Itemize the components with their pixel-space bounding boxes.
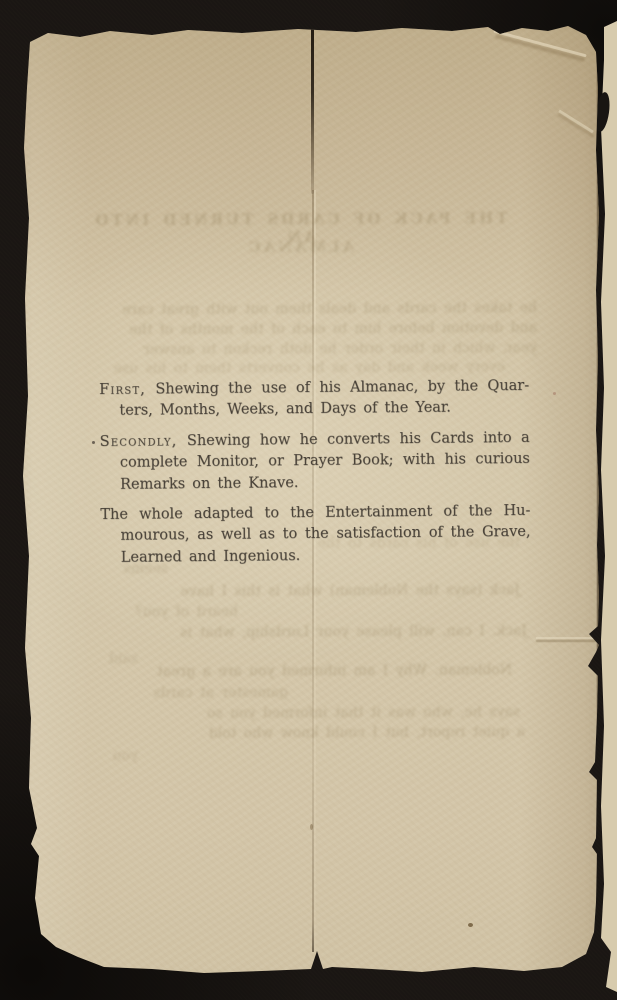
body-text-line: Remarks on the Knave. (120, 470, 530, 495)
showthrough-line: Jack (says the Nobleman) what is this I … (100, 581, 520, 601)
scan-backdrop: { "doc": { "kind": "scanned chapbook pag… (0, 0, 617, 1000)
showthrough-line: gamester at cards (78, 683, 288, 702)
showthrough-line: Nobleman. Why I am informed you are a gr… (110, 661, 512, 681)
paragraph-whole: The whole adapted to the Entertainment o… (100, 501, 531, 569)
line-text: Learned and Ingenious. (121, 548, 301, 566)
body-text: First, Shewing the use of his Almanac, b… (99, 376, 531, 569)
showthrough-line: a quiet report, but I could know who tol… (85, 723, 525, 743)
line-text: Shewing how he converts his Cards into a (187, 430, 530, 449)
body-text-line: Learned and Ingenious. (121, 544, 531, 569)
right-crease-highlight (536, 637, 598, 639)
line-text: The whole adapted to the Entertainment o… (100, 503, 530, 523)
vertical-crease-highlight (314, 190, 316, 950)
lead-word-first: First, (99, 382, 146, 398)
paper-top-shading (20, 24, 600, 294)
showthrough-line: said (78, 650, 138, 668)
body-text-line: complete Monitor, or Prayer Book; with h… (120, 449, 530, 474)
line-text: Shewing the use of his Almanac, by the Q… (155, 378, 529, 398)
showthrough-line: heard of you? (78, 603, 238, 622)
showthrough-line: and devotion before him to each of the m… (75, 319, 537, 339)
paragraph-first: First, Shewing the use of his Almanac, b… (99, 376, 529, 423)
paper-speck (468, 923, 473, 927)
showthrough-line: says he, who was it that informed you so (120, 703, 520, 723)
line-text: mourous, as well as to the satisfaction … (121, 524, 531, 544)
showthrough-line: Jack. I can, will please your Lordship, … (95, 622, 527, 642)
lead-word-secondly: Secondly, (100, 433, 178, 450)
showthrough-line: he takes the cards and deals them out wi… (75, 299, 537, 319)
right-horizontal-crease (536, 640, 598, 642)
paper-speck (553, 392, 556, 395)
showthrough-line: every week and day as he converts them t… (75, 358, 505, 378)
page: THE PACK OF CARDS TURNED INTO ANALMANACh… (0, 0, 617, 1000)
body-text-line: ters, Months, Weeks, and Days of the Yea… (119, 397, 529, 422)
line-text: ters, Months, Weeks, and Days of the Yea… (119, 400, 451, 419)
body-text-line: mourous, as well as to the satisfaction … (120, 522, 530, 547)
showthrough-line: you (78, 747, 138, 765)
showthrough-line: year, which in their order he doth recko… (75, 339, 537, 359)
line-text: Remarks on the Knave. (120, 475, 299, 493)
line-text: complete Monitor, or Prayer Book; with h… (120, 451, 530, 471)
page-gap-shadow (597, 40, 600, 952)
top-center-tear (311, 26, 314, 194)
paragraph-secondly: Secondly, Shewing how he converts his Ca… (100, 428, 531, 496)
paper-speck (310, 824, 313, 830)
marginal-dot (92, 441, 95, 444)
